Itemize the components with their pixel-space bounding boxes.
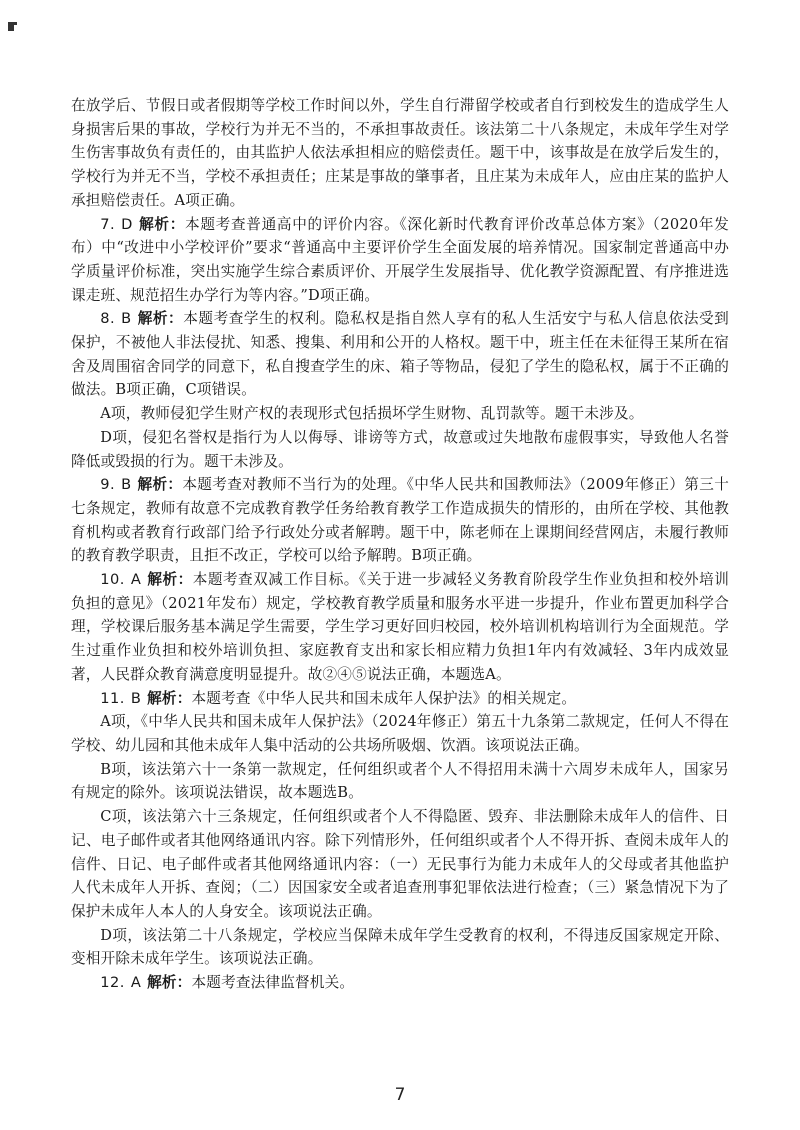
paragraph-text: B项，该法第六十一条第一款规定，任何组织或者个人不得招用未满十六周岁未成年人，国… [71,761,729,802]
question-number: 9. [100,476,115,493]
question-8-explanation: 8.B解析：本题考查学生的权利。隐私权是指自然人享有的私人生活安宁与私人信息依法… [71,307,729,402]
answer-letter: A [131,974,141,991]
question-number: 11. [100,690,125,707]
option-c-note: C项，该法第六十三条规定，任何组织或者个人不得隐匿、毁弃、非法删除未成年人的信件… [71,805,729,924]
paragraph-continuation: 在放学后、节假日或者假期等学校工作时间以外，学生自行滞留学校或者自行到校发生的造… [71,94,729,213]
paragraph-text: C项，该法第六十三条规定，任何组织或者个人不得隐匿、毁弃、非法删除未成年人的信件… [71,808,729,920]
explanation-label: 解析： [147,571,193,588]
option-b-note: B项，该法第六十一条第一款规定，任何组织或者个人不得招用未满十六周岁未成年人，国… [71,758,729,805]
answer-letter: A [131,571,141,588]
paragraph-text: 在放学后、节假日或者假期等学校工作时间以外，学生自行滞留学校或者自行到校发生的造… [71,97,729,209]
option-d-note: D项，侵犯名誉权是指行为人以侮辱、诽谤等方式，故意或过失地散布虚假事实，导致他人… [71,426,729,473]
option-a-note: A项，教师侵犯学生财产权的表现形式包括损坏学生财物、乱罚款等。题干未涉及。 [71,402,729,426]
paragraph-text: 本题考查《中华人民共和国未成年人保护法》的相关规定。 [192,690,577,707]
paragraph-text: A项，教师侵犯学生财产权的表现形式包括损坏学生财物、乱罚款等。题干未涉及。 [100,405,643,422]
option-a-note: A项，《中华人民共和国未成年人保护法》（2024年修正）第五十九条第二款规定，任… [71,710,729,757]
document-body: 在放学后、节假日或者假期等学校工作时间以外，学生自行滞留学校或者自行到校发生的造… [71,94,729,995]
question-11-explanation: 11.B解析：本题考查《中华人民共和国未成年人保护法》的相关规定。 [71,687,729,711]
paragraph-text: 本题考查法律监督机关。 [191,974,354,991]
question-12-explanation: 12.A解析：本题考查法律监督机关。 [71,971,729,995]
answer-letter: D [121,216,132,233]
question-number: 8. [100,310,115,327]
option-d-note: D项，该法第二十八条规定，学校应当保障未成年学生受教育的权利，不得违反国家规定开… [71,924,729,971]
paragraph-text: A项，《中华人民共和国未成年人保护法》（2024年修正）第五十九条第二款规定，任… [71,713,729,754]
question-9-explanation: 9.B解析：本题考查对教师不当行为的处理。《中华人民共和国教师法》（2009年修… [71,473,729,568]
paragraph-text: D项，该法第二十八条规定，学校应当保障未成年学生受教育的权利，不得违反国家规定开… [71,927,729,968]
answer-letter: B [121,476,131,493]
question-number: 7. [100,216,115,233]
question-7-explanation: 7.D解析：本题考查普通高中的评价内容。《深化新时代教育评价改革总体方案》（20… [71,213,729,308]
question-number: 12. [100,974,125,991]
scan-corner-mark [8,22,14,31]
answer-letter: B [121,310,131,327]
question-number: 10. [100,571,125,588]
paragraph-text: D项，侵犯名誉权是指行为人以侮辱、诽谤等方式，故意或过失地散布虚假事实，导致他人… [71,429,729,470]
page-number: 7 [0,1085,800,1105]
explanation-label: 解析： [137,476,182,493]
answer-letter: B [131,690,141,707]
explanation-label: 解析： [147,690,191,707]
explanation-label: 解析： [137,310,183,327]
question-10-explanation: 10.A解析：本题考查双减工作目标。《关于进一步减轻义务教育阶段学生作业负担和校… [71,568,729,687]
explanation-label: 解析： [147,974,191,991]
explanation-label: 解析： [139,216,185,233]
